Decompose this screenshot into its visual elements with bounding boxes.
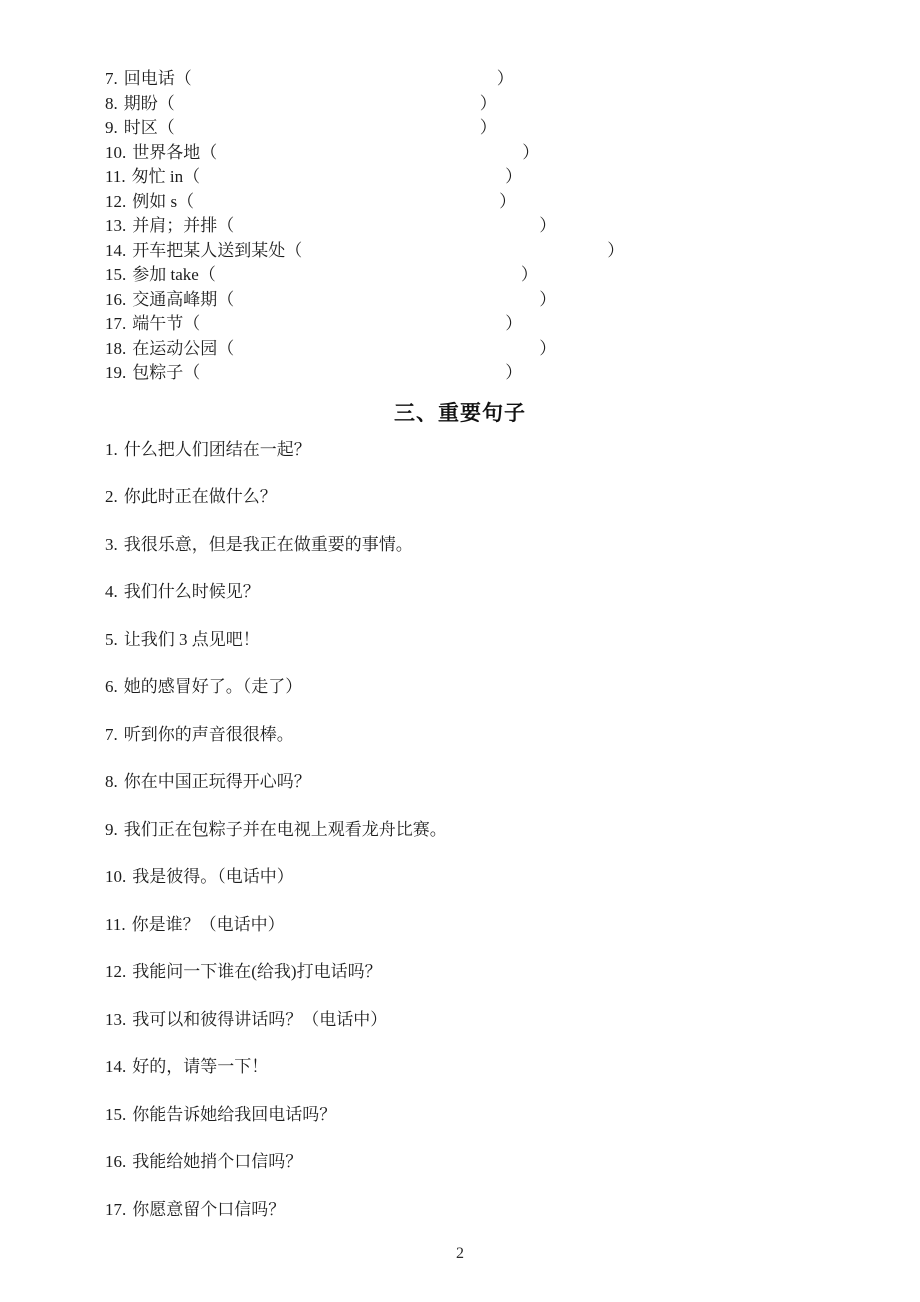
vocab-item: 8.期盼（） (105, 92, 815, 117)
sentence-text: 好的，请等一下！ (132, 1057, 268, 1076)
sentence-list: 1.什么把人们团结在一起？ 2.你此时正在做什么？ 3.我很乐意，但是我正在做重… (105, 438, 815, 1223)
sentence-item: 14.好的，请等一下！ (105, 1055, 815, 1080)
vocab-term: 在运动公园 (132, 339, 217, 358)
answer-blank (217, 157, 522, 158)
vocab-item: 10.世界各地（） (105, 141, 815, 166)
vocab-list: 7.回电话（） 8.期盼（） 9.时区（） 10.世界各地（） 11.匆忙 in… (105, 67, 815, 386)
vocab-number: 17. (105, 314, 126, 333)
vocab-number: 8. (105, 94, 118, 113)
vocab-number: 7. (105, 69, 118, 88)
sentence-text: 你愿意留个口信吗？ (132, 1200, 285, 1219)
sentence-number: 2. (105, 487, 118, 506)
close-paren: ） (522, 143, 539, 162)
vocab-number: 14. (105, 241, 126, 260)
sentence-number: 8. (105, 772, 118, 791)
sentence-item: 12.我能问一下谁在(给我)打电话吗？ (105, 960, 815, 985)
sentence-text: 我们正在包粽子并在电视上观看龙舟比赛。 (124, 820, 447, 839)
close-paren: ） (505, 314, 522, 333)
vocab-number: 12. (105, 192, 126, 211)
sentence-item: 6.她的感冒好了。（走了） (105, 675, 815, 700)
sentence-item: 1.什么把人们团结在一起？ (105, 438, 815, 463)
answer-blank (200, 181, 505, 182)
vocab-item: 7.回电话（） (105, 67, 815, 92)
vocab-number: 11. (105, 167, 126, 186)
sentence-number: 13. (105, 1010, 126, 1029)
sentence-text: 我能给她捎个口信吗？ (132, 1152, 302, 1171)
vocab-number: 9. (105, 118, 118, 137)
sentence-text: 我可以和彼得讲话吗？（电话中） (132, 1010, 387, 1029)
open-paren: （ (158, 118, 175, 137)
close-paren: ） (539, 216, 556, 235)
vocab-number: 19. (105, 363, 126, 382)
close-paren: ） (480, 94, 497, 113)
vocab-number: 13. (105, 216, 126, 235)
vocab-term: 时区 (124, 118, 158, 137)
open-paren: （ (175, 69, 192, 88)
vocab-item: 15.参加 take（） (105, 263, 815, 288)
sentence-text: 什么把人们团结在一起？ (124, 440, 311, 459)
open-paren: （ (217, 216, 234, 235)
vocab-item: 19.包粽子（） (105, 361, 815, 386)
open-paren: （ (199, 265, 216, 284)
sentence-item: 11.你是谁？（电话中） (105, 913, 815, 938)
open-paren: （ (183, 167, 200, 186)
answer-blank (175, 108, 480, 109)
sentence-item: 3.我很乐意，但是我正在做重要的事情。 (105, 533, 815, 558)
vocab-term: 并肩；并排 (132, 216, 217, 235)
sentence-number: 9. (105, 820, 118, 839)
vocab-item: 18.在运动公园（） (105, 337, 815, 362)
open-paren: （ (217, 290, 234, 309)
vocab-term: 例如 s (132, 192, 177, 211)
close-paren: ） (505, 167, 522, 186)
vocab-term: 端午节 (132, 314, 183, 333)
document-page: 7.回电话（） 8.期盼（） 9.时区（） 10.世界各地（） 11.匆忙 in… (0, 0, 920, 1302)
sentence-text: 她的感冒好了。（走了） (124, 677, 303, 696)
sentence-text: 我们什么时候见？ (124, 582, 260, 601)
open-paren: （ (285, 241, 302, 260)
sentence-number: 15. (105, 1105, 126, 1124)
sentence-item: 16.我能给她捎个口信吗？ (105, 1150, 815, 1175)
answer-blank (302, 255, 607, 256)
vocab-item: 14.开车把某人送到某处（） (105, 239, 815, 264)
vocab-term: 回电话 (124, 69, 175, 88)
answer-blank (216, 279, 521, 280)
vocab-item: 13.并肩；并排（） (105, 214, 815, 239)
open-paren: （ (183, 314, 200, 333)
close-paren: ） (539, 339, 556, 358)
vocab-item: 9.时区（） (105, 116, 815, 141)
sentence-text: 听到你的声音很很棒。 (124, 725, 294, 744)
sentence-text: 你是谁？（电话中） (132, 915, 285, 934)
sentence-item: 15.你能告诉她给我回电话吗？ (105, 1103, 815, 1128)
close-paren: ） (497, 69, 514, 88)
sentence-text: 你能告诉她给我回电话吗？ (132, 1105, 336, 1124)
sentence-number: 6. (105, 677, 118, 696)
answer-blank (234, 304, 539, 305)
vocab-number: 10. (105, 143, 126, 162)
sentence-number: 12. (105, 962, 126, 981)
answer-blank (194, 206, 499, 207)
vocab-term: 期盼 (124, 94, 158, 113)
sentence-number: 5. (105, 630, 118, 649)
answer-blank (200, 328, 505, 329)
sentence-item: 8.你在中国正玩得开心吗？ (105, 770, 815, 795)
answer-blank (192, 83, 497, 84)
sentence-number: 16. (105, 1152, 126, 1171)
sentence-item: 13.我可以和彼得讲话吗？（电话中） (105, 1008, 815, 1033)
vocab-item: 11.匆忙 in（） (105, 165, 815, 190)
vocab-item: 16.交通高峰期（） (105, 288, 815, 313)
sentence-number: 7. (105, 725, 118, 744)
open-paren: （ (177, 192, 194, 211)
close-paren: ） (480, 118, 497, 137)
close-paren: ） (499, 192, 516, 211)
vocab-number: 15. (105, 265, 126, 284)
sentence-number: 14. (105, 1057, 126, 1076)
vocab-term: 参加 take (132, 265, 199, 284)
sentence-text: 你此时正在做什么？ (124, 487, 277, 506)
vocab-term: 包粽子 (132, 363, 183, 382)
sentence-number: 10. (105, 867, 126, 886)
sentence-number: 17. (105, 1200, 126, 1219)
vocab-item: 12.例如 s（） (105, 190, 815, 215)
vocab-number: 18. (105, 339, 126, 358)
sentence-number: 4. (105, 582, 118, 601)
vocab-term: 开车把某人送到某处 (132, 241, 285, 260)
sentence-item: 10.我是彼得。（电话中） (105, 865, 815, 890)
sentence-item: 17.你愿意留个口信吗？ (105, 1198, 815, 1223)
open-paren: （ (217, 339, 234, 358)
vocab-term: 匆忙 in (132, 167, 183, 186)
page-number: 2 (105, 1245, 815, 1263)
vocab-term: 世界各地 (132, 143, 200, 162)
sentence-text: 让我们 3 点见吧！ (124, 630, 260, 649)
vocab-item: 17.端午节（） (105, 312, 815, 337)
answer-blank (175, 132, 480, 133)
open-paren: （ (158, 94, 175, 113)
vocab-term: 交通高峰期 (132, 290, 217, 309)
sentence-item: 9.我们正在包粽子并在电视上观看龙舟比赛。 (105, 818, 815, 843)
sentence-number: 11. (105, 915, 126, 934)
sentence-text: 我很乐意，但是我正在做重要的事情。 (124, 535, 413, 554)
answer-blank (234, 353, 539, 354)
close-paren: ） (505, 363, 522, 382)
sentence-number: 3. (105, 535, 118, 554)
sentence-number: 1. (105, 440, 118, 459)
sentence-text: 我能问一下谁在(给我)打电话吗？ (132, 962, 381, 981)
open-paren: （ (200, 143, 217, 162)
sentence-item: 4.我们什么时候见？ (105, 580, 815, 605)
sentence-item: 2.你此时正在做什么？ (105, 485, 815, 510)
sentence-item: 7.听到你的声音很很棒。 (105, 723, 815, 748)
vocab-number: 16. (105, 290, 126, 309)
section-heading: 三、重要句子 (105, 400, 815, 426)
answer-blank (234, 230, 539, 231)
sentence-text: 你在中国正玩得开心吗？ (124, 772, 311, 791)
close-paren: ） (521, 265, 538, 284)
sentence-item: 5.让我们 3 点见吧！ (105, 628, 815, 653)
answer-blank (200, 377, 505, 378)
close-paren: ） (607, 241, 624, 260)
open-paren: （ (183, 363, 200, 382)
sentence-text: 我是彼得。（电话中） (132, 867, 294, 886)
close-paren: ） (539, 290, 556, 309)
